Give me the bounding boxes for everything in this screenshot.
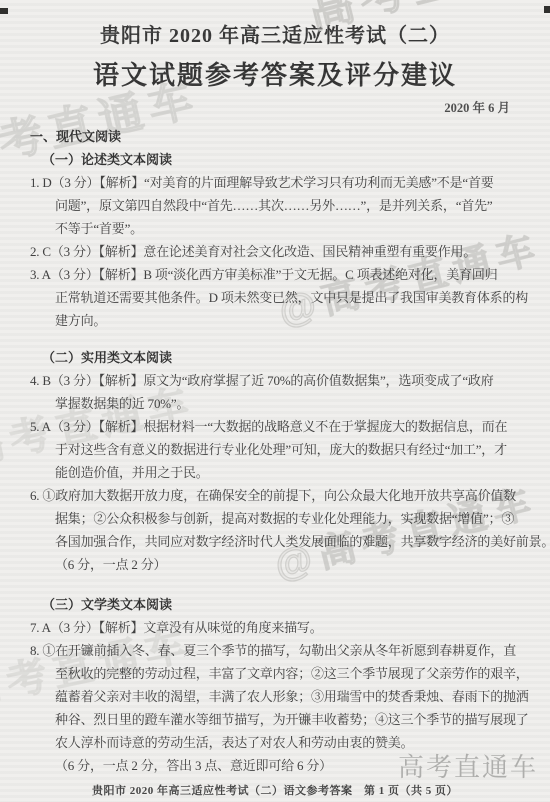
answer-line: 5. A（3 分）【解析】根据材料一“大数据的战略意义不在于掌握庞大的数据信息，… — [55, 415, 522, 438]
scan-artifact-right — [544, 6, 550, 13]
section-heading: （一）论述类文本阅读 — [30, 148, 522, 171]
document-body: 一、现代文阅读（一）论述类文本阅读1. D（3 分）【解析】“对美育的片面理解导… — [30, 125, 522, 777]
answer-line: 种谷、烈日里的蹬车灌水等细节描写，为开镰丰收蓄势；④这三个季节的描写展现了 — [55, 708, 522, 731]
answer-block-q7: 7. A（3 分）【解析】文章没有从味觉的角度来描写。 — [30, 616, 522, 639]
answer-line: 于对这些含有意义的数据进行专业化处理”可知，庞大的数据只有经过“加工”，才 — [55, 438, 522, 461]
answer-line: 6. ①政府加大数据开放力度，在确保安全的前提下，向公众最大化地开放共享高价值数 — [55, 484, 522, 507]
answer-line: 4. B（3 分）【解析】原文为“政府掌握了近 70%的高价值数据集”，选项变成… — [55, 369, 522, 392]
answer-block-q6: 6. ①政府加大数据开放力度，在确保安全的前提下，向公众最大化地开放共享高价值数… — [30, 484, 522, 576]
answer-line: 能创造价值，并用之于民。 — [55, 461, 522, 484]
answer-line: 2. C（3 分）【解析】意在论述美育对社会文化改造、国民精神重塑有重要作用。 — [55, 240, 522, 263]
answer-line: 正常轨道还需要其他条件。D 项未然变已然，文中只是提出了我国审美教育体系的构 — [55, 286, 522, 309]
answer-line: 至秋收的完整的劳动过程，丰富了文章内容；②这三个季节展现了父亲劳作的艰辛， — [55, 662, 522, 685]
answer-block-q3: 3. A（3 分）【解析】B 项“淡化西方审美标准”于文无据。C 项表述绝对化，… — [30, 263, 522, 332]
scanned-answer-page: 高考直通车高考直通车@高考直通车高考直通车@高考直通车高考直通车 贵阳市 202… — [0, 0, 550, 802]
section-heading: 一、现代文阅读 — [30, 125, 522, 148]
answer-line: 3. A（3 分）【解析】B 项“淡化西方审美标准”于文无据。C 项表述绝对化，… — [55, 263, 522, 286]
answer-line: 据集；②公众积极参与创新，提高对数据的专业化处理能力，实现数据“增值”；③ — [55, 507, 522, 530]
section-heading: （三）文学类文本阅读 — [30, 593, 522, 616]
brand-watermark-solid: 高考直通车 — [398, 752, 538, 782]
answer-line: 不等于“首要”。 — [55, 217, 522, 240]
answer-line: 问题”，原文第四自然段中“首先……其次……另外……”，是并列关系，“首先” — [55, 194, 522, 217]
section-heading: （二）实用类文本阅读 — [30, 346, 522, 369]
answer-line: 建方向。 — [55, 309, 522, 332]
answer-line: 掌握数据集的近 70%”。 — [55, 392, 522, 415]
exam-date: 2020 年 6 月 — [0, 100, 510, 116]
answer-line: 8. ①在开镰前插入冬、春、夏三个季节的描写，勾勒出父亲从冬年祈愿到春耕夏作，直 — [55, 639, 522, 662]
answer-block-q4: 4. B（3 分）【解析】原文为“政府掌握了近 70%的高价值数据集”，选项变成… — [30, 369, 522, 415]
page-footer: 贵阳市 2020 年高三适应性考试（二）语文参考答案 第 1 页（共 5 页） — [0, 782, 550, 798]
page-title: 贵阳市 2020 年高三适应性考试（二） — [20, 22, 530, 50]
answer-block-q5: 5. A（3 分）【解析】根据材料一“大数据的战略意义不在于掌握庞大的数据信息，… — [30, 415, 522, 484]
answer-line: （6 分，一点 2 分） — [55, 553, 522, 576]
answer-line: 1. D（3 分）【解析】“对美育的片面理解导致艺术学习只有功利而无美感”不是“… — [55, 171, 522, 194]
answer-block-q2: 2. C（3 分）【解析】意在论述美育对社会文化改造、国民精神重塑有重要作用。 — [30, 240, 522, 263]
page-subtitle: 语文试题参考答案及评分建议 — [20, 60, 530, 92]
answer-line: 蕴蓄着父亲对丰收的渴望，丰满了农人形象；③用瑞雪中的焚香秉烛、春雨下的抛洒 — [55, 685, 522, 708]
answer-line: 农人淳朴而诗意的劳动生活，表达了对农人和劳动由衷的赞美。 — [55, 731, 522, 754]
scan-artifact-left — [0, 8, 8, 14]
answer-block-q1: 1. D（3 分）【解析】“对美育的片面理解导致艺术学习只有功利而无美感”不是“… — [30, 171, 522, 240]
answer-line: 各国加强合作，共同应对数字经济时代人类发展面临的难题，共享数字经济的美好前景。 — [55, 530, 522, 553]
answer-line: 7. A（3 分）【解析】文章没有从味觉的角度来描写。 — [55, 616, 522, 639]
